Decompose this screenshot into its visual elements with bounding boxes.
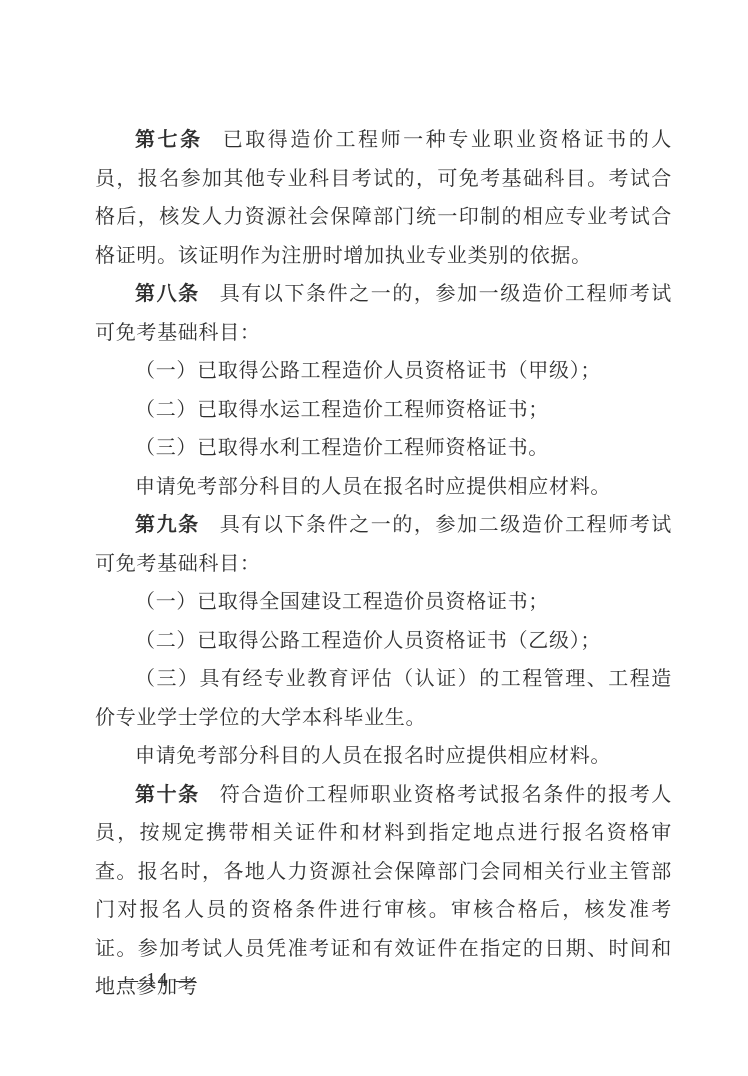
article-9-item-1-text: （一）已取得全国建设工程造价员资格证书； [135,591,549,613]
article-9-number: 第九条 [135,514,200,536]
article-8-item-3: （三）已取得水利工程造价工程师资格证书。 [95,429,672,468]
article-9-item-1: （一）已取得全国建设工程造价员资格证书； [95,583,672,622]
article-8-item-3-text: （三）已取得水利工程造价工程师资格证书。 [135,437,549,459]
article-9-item-2: （二）已取得公路工程造价人员资格证书（乙级）； [95,622,672,661]
article-9-item-3-text: （三）具有经专业教育评估（认证）的工程管理、工程造价专业学士学位的大学本科毕业生… [95,668,672,729]
article-9-item-3: （三）具有经专业教育评估（认证）的工程管理、工程造价专业学士学位的大学本科毕业生… [95,660,672,737]
article-8-item-1: （一）已取得公路工程造价人员资格证书（甲级）； [95,352,672,391]
article-8-number: 第八条 [135,283,200,305]
article-8-item-2-text: （二）已取得水运工程造价工程师资格证书； [135,399,549,421]
page-number: — 14 — [118,969,197,992]
article-9-item-2-text: （二）已取得公路工程造价人员资格证书（乙级）； [135,630,601,652]
article-8-item-1-text: （一）已取得公路工程造价人员资格证书（甲级）； [135,360,601,382]
article-8-note: 申请免考部分科目的人员在报名时应提供相应材料。 [95,468,672,507]
article-8-item-2: （二）已取得水运工程造价工程师资格证书； [95,391,672,430]
article-10-text: 符合造价工程师职业资格考试报名条件的报考人员，按规定携带相关证件和材料到指定地点… [95,784,672,999]
article-9-note-text: 申请免考部分科目的人员在报名时应提供相应材料。 [135,745,611,767]
document-body: 第七条已取得造价工程师一种专业职业资格证书的人员，报名参加其他专业科目考试的，可… [95,121,672,1007]
article-8-note-text: 申请免考部分科目的人员在报名时应提供相应材料。 [135,476,611,498]
article-9-note: 申请免考部分科目的人员在报名时应提供相应材料。 [95,737,672,776]
article-7-paragraph: 第七条已取得造价工程师一种专业职业资格证书的人员，报名参加其他专业科目考试的，可… [95,121,672,275]
article-9-paragraph: 第九条具有以下条件之一的，参加二级造价工程师考试可免考基础科目： [95,506,672,583]
document-page: 第七条已取得造价工程师一种专业职业资格证书的人员，报名参加其他专业科目考试的，可… [0,0,748,1076]
article-8-paragraph: 第八条具有以下条件之一的，参加一级造价工程师考试可免考基础科目： [95,275,672,352]
article-10-number: 第十条 [135,784,200,806]
article-7-number: 第七条 [135,129,203,151]
